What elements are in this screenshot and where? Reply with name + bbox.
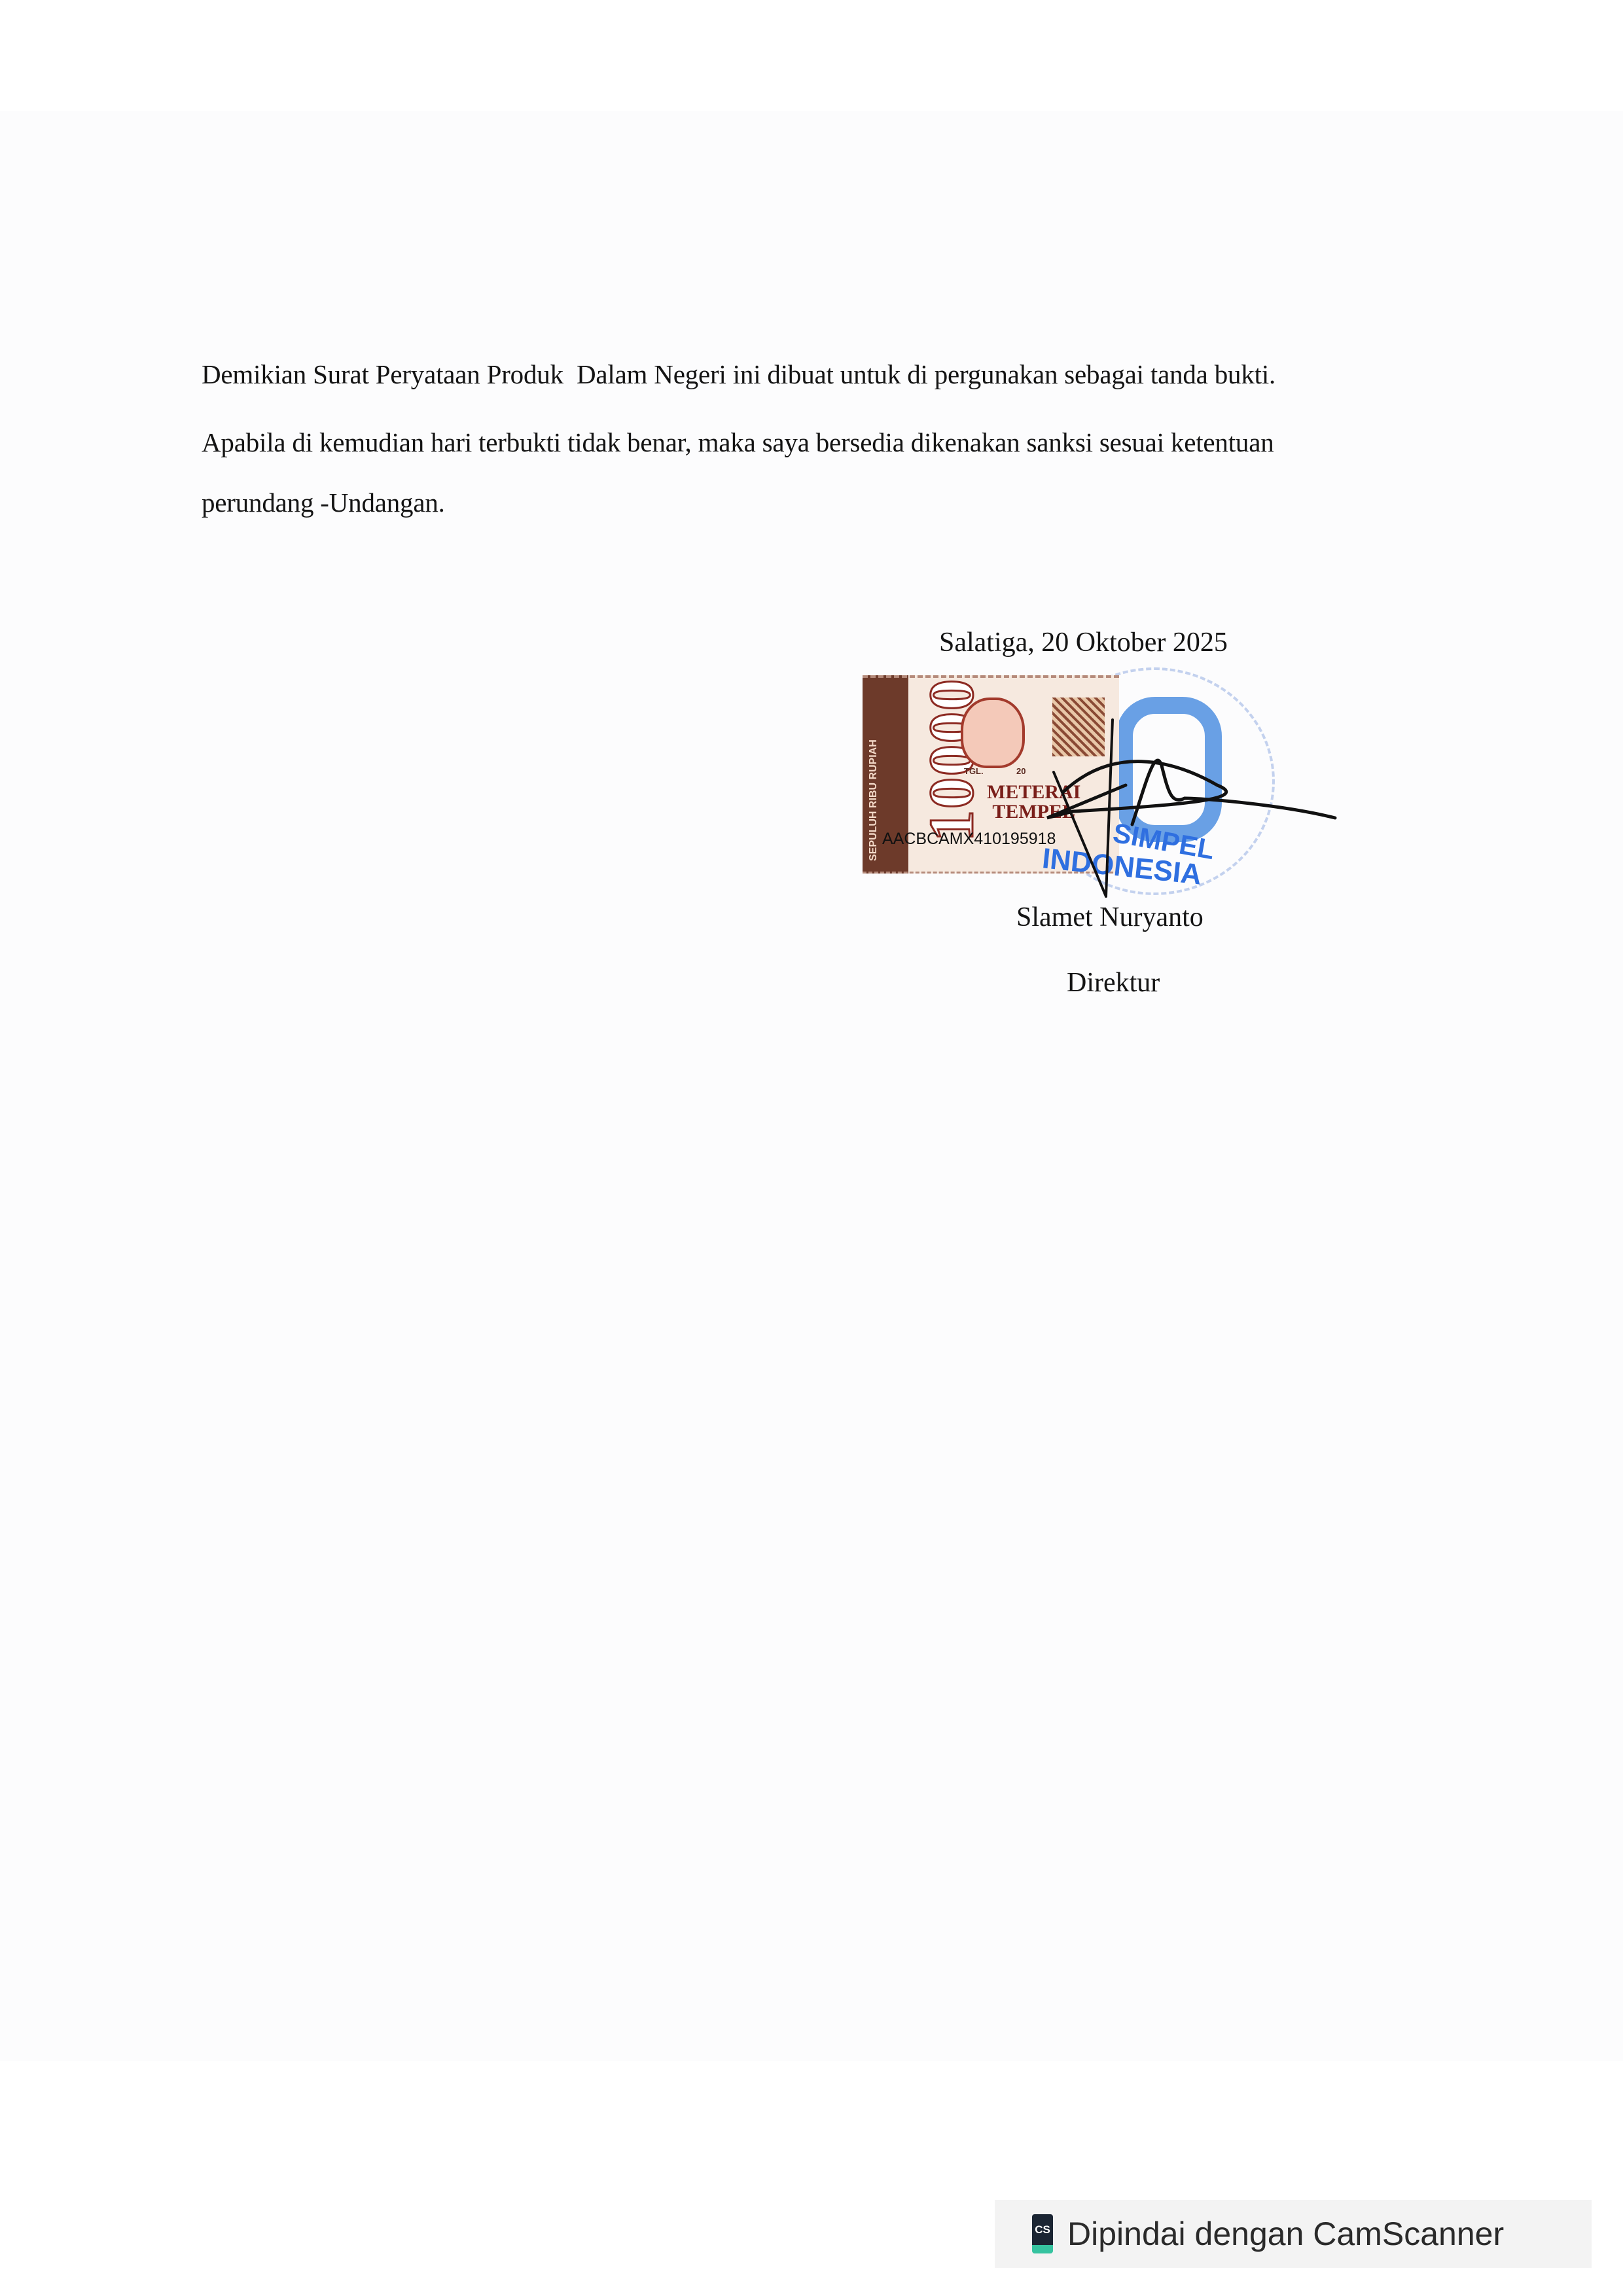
garuda-emblem-icon	[961, 698, 1025, 768]
signatory-name: Slamet Nuryanto	[1016, 902, 1204, 933]
scanned-page	[0, 111, 1623, 2061]
stamp-date-label: TGL.	[964, 766, 984, 776]
stamp-serial-number: AACBCAMX410195918	[882, 830, 1056, 849]
camscanner-label: Dipindai dengan CamScanner	[1067, 2215, 1504, 2253]
statement-paragraph-line-2: Apabila di kemudian hari terbukti tidak …	[202, 427, 1274, 458]
stamp-side-text: SEPULUH RIBU RUPIAH	[868, 739, 880, 861]
stamp-year-label: 20	[1016, 766, 1026, 776]
handwritten-signature	[1034, 707, 1348, 903]
camscanner-logo-text: CS	[1032, 2214, 1053, 2245]
statement-paragraph-line-3: perundang -Undangan.	[202, 487, 445, 518]
place-and-date: Salatiga, 20 Oktober 2025	[939, 627, 1228, 658]
camscanner-logo-icon: CS	[1032, 2214, 1053, 2253]
signatory-title: Direktur	[1067, 967, 1160, 998]
camscanner-watermark: CS Dipindai dengan CamScanner	[995, 2200, 1592, 2268]
statement-paragraph-line-1: Demikian Surat Peryataan Produk Dalam Ne…	[202, 359, 1275, 390]
